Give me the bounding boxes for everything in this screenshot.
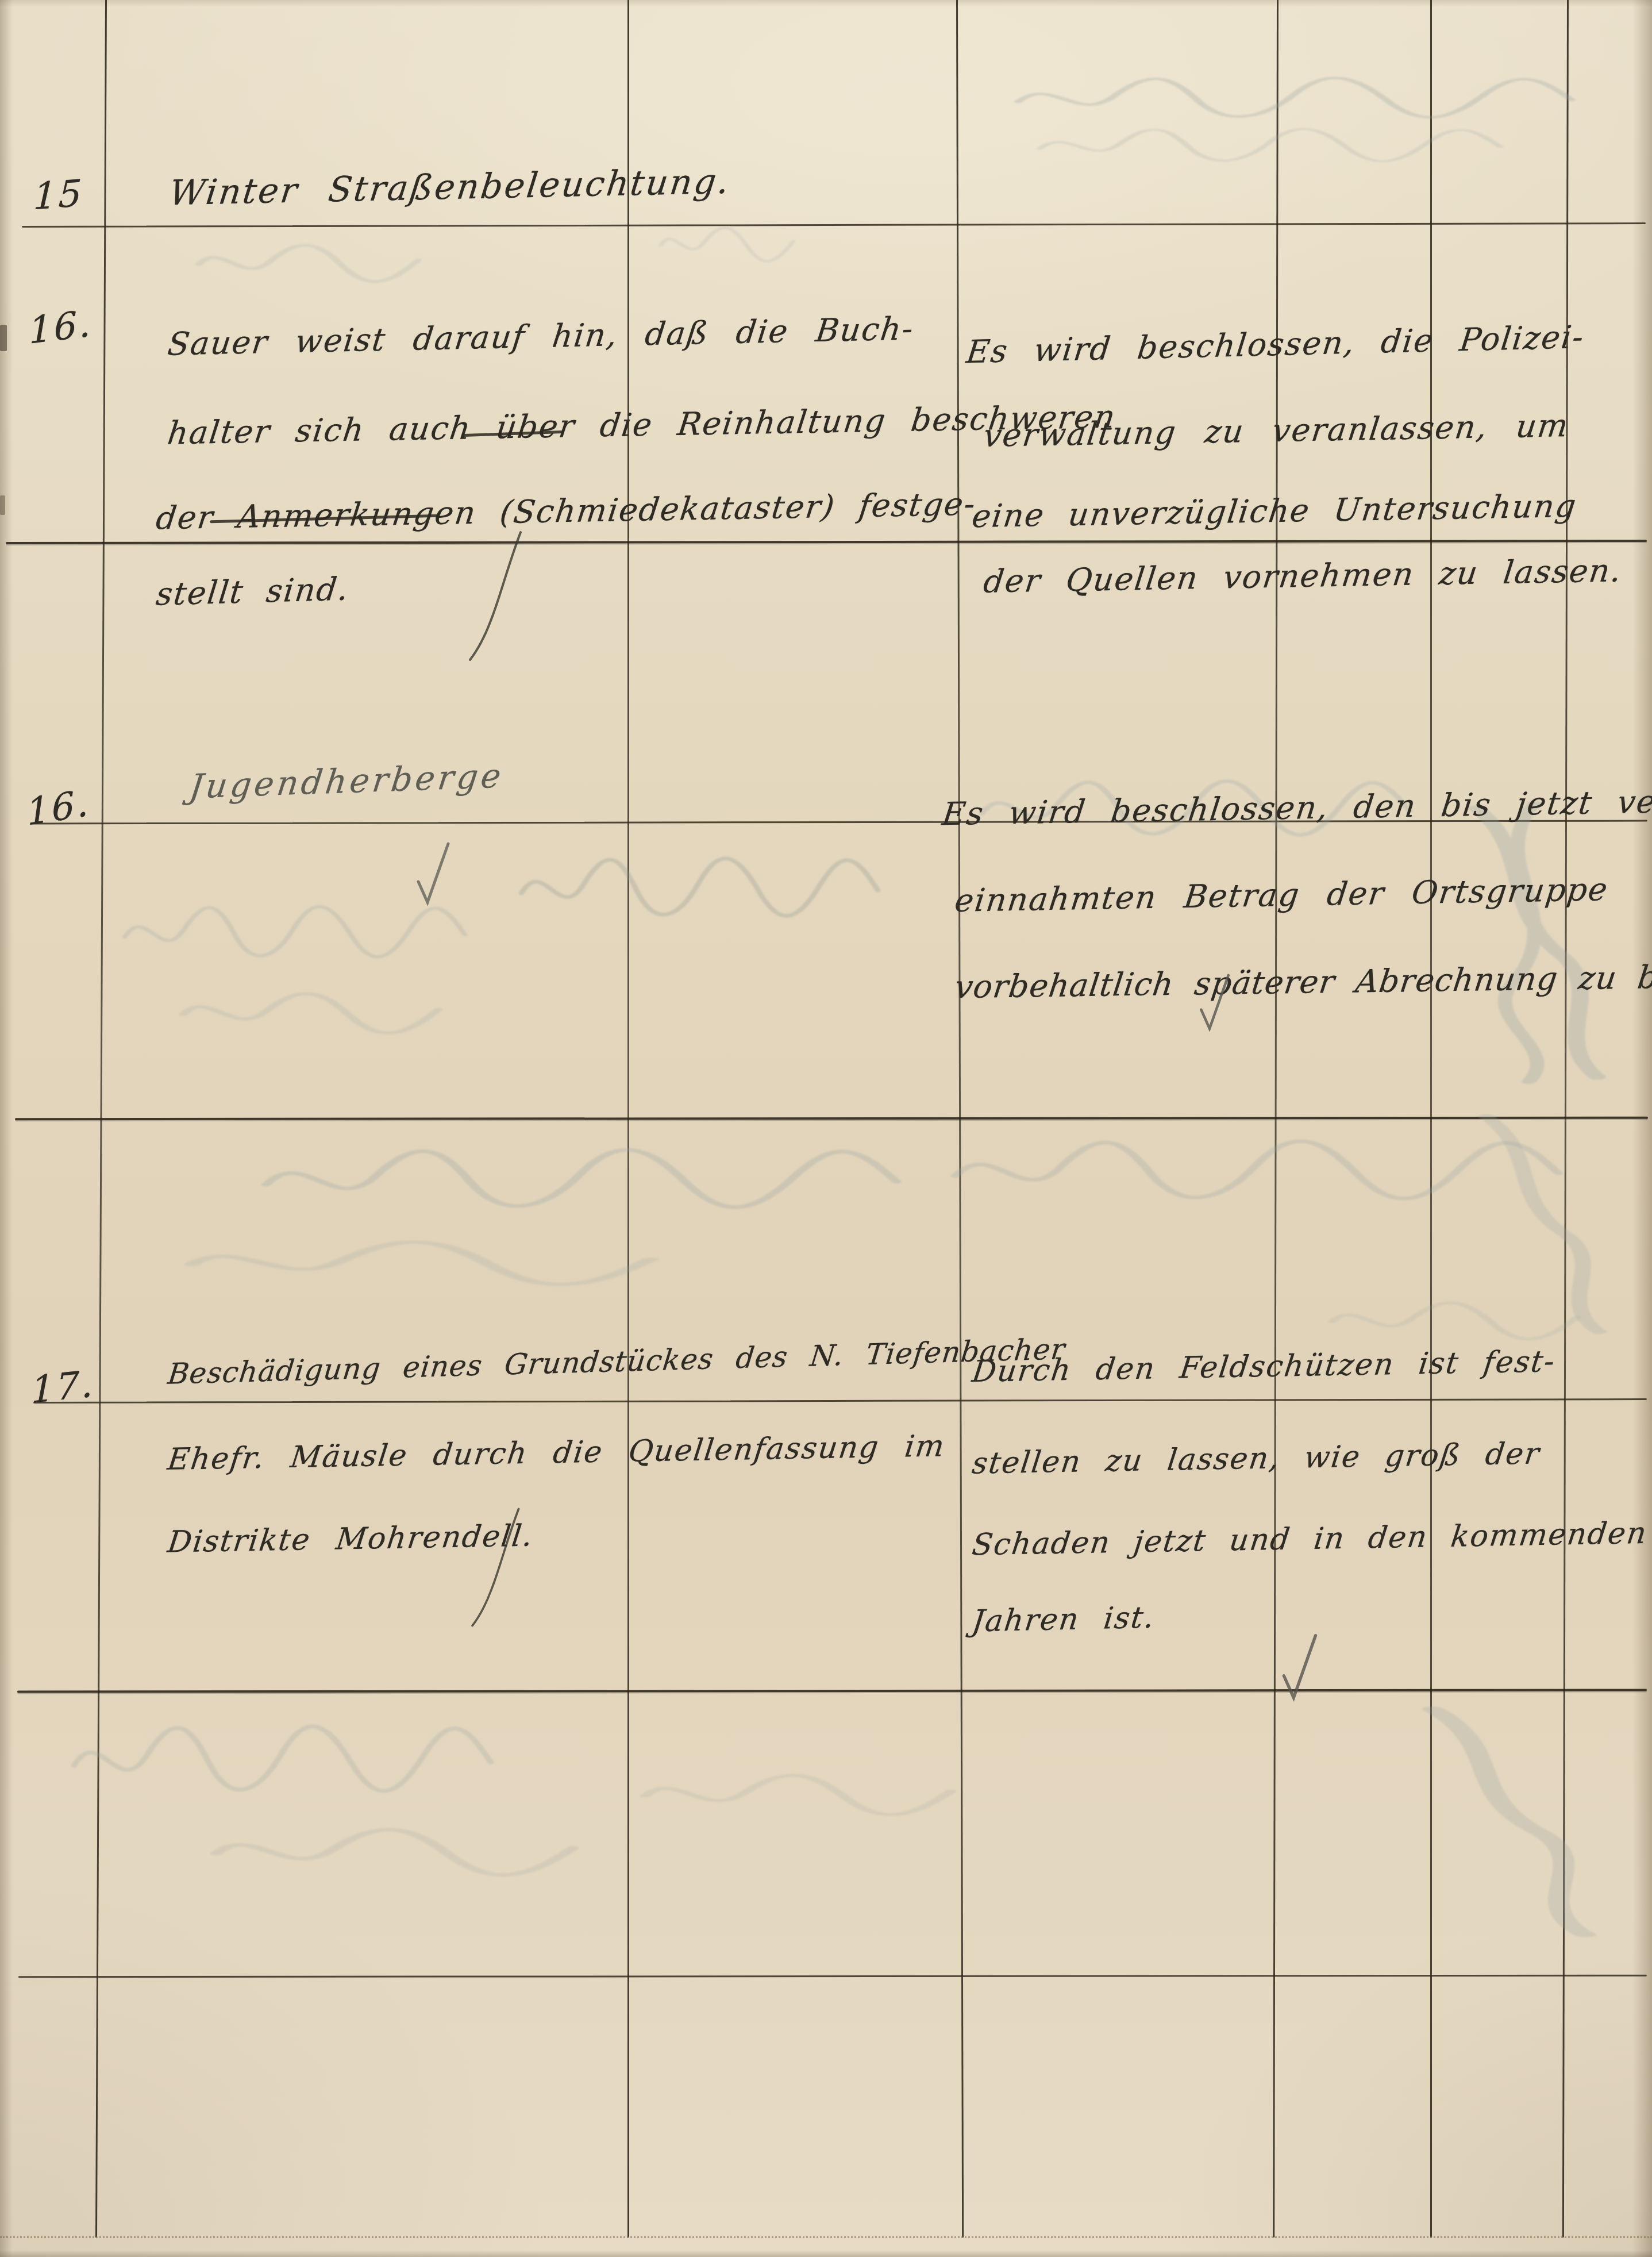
scanned-protocol-page: 15 Winter Straßenbeleuchtung. 16. Sauer … xyxy=(0,0,1652,2257)
item-number: 15 xyxy=(33,175,84,216)
decision-line: stellen zu lassen, wie groß der xyxy=(971,1439,1542,1478)
subject-line: Ehefr. Mäusle durch die Quellenfassung i… xyxy=(166,1431,947,1475)
row-rule xyxy=(22,222,1646,228)
bleed-through-mark xyxy=(259,1135,919,1227)
decision-line: eine unverzügliche Untersuchung xyxy=(971,490,1579,532)
bleed-through-mark xyxy=(201,1810,603,1897)
decision-line: der Quellen vornehmen zu lassen. xyxy=(982,555,1624,598)
page-edge-shadow-top xyxy=(0,0,1652,7)
page-edge-shadow-bottom xyxy=(0,2250,1652,2257)
bleed-through-mark xyxy=(190,230,437,299)
bleed-through-mark xyxy=(1034,121,1517,172)
row-rule xyxy=(18,1975,1647,1978)
decision-line: verwaltung zu veranlassen, um xyxy=(982,410,1571,452)
bleed-through-mark xyxy=(655,214,804,277)
subject-line: halter sich auch über die Reinhaltung be… xyxy=(166,401,1118,449)
decision-line: Es wird beschlossen, die Polizei- xyxy=(965,321,1586,368)
subject-line: stellt sind. xyxy=(155,573,351,610)
scan-artifact xyxy=(0,325,7,351)
page-edge-shadow-right xyxy=(1632,0,1652,2257)
subject-line: Sauer weist darauf hin, daß die Buch- xyxy=(166,313,916,360)
subject-line: Beschädigung eines Grundstückes des N. T… xyxy=(166,1335,1066,1389)
pen-flourish xyxy=(460,1506,534,1629)
bleed-through-mark xyxy=(517,844,891,936)
subject-line: der Anmerkungen (Schmiedekataster) festg… xyxy=(155,488,978,534)
checkmark-icon xyxy=(1280,1631,1320,1706)
row-rule xyxy=(33,1398,1647,1404)
item-number: 17. xyxy=(31,1366,94,1409)
row-rule xyxy=(15,1117,1648,1120)
row-rule xyxy=(17,1689,1647,1693)
row-rule-dotted xyxy=(0,2236,1652,2238)
bleed-through-mark xyxy=(1396,1701,1615,1943)
decision-line: Schaden jetzt und in den kommenden xyxy=(971,1518,1649,1560)
bleed-through-mark xyxy=(632,1759,977,1833)
checkmark-icon xyxy=(415,840,453,909)
bleed-through-mark xyxy=(948,1126,1580,1218)
decision-line: Durch den Feldschützen ist fest- xyxy=(971,1347,1557,1387)
checkmark-icon xyxy=(1198,971,1233,1036)
bleed-through-mark xyxy=(69,1710,506,1813)
row-rule xyxy=(6,540,1647,544)
item-number: 16. xyxy=(26,785,91,832)
bleed-through-mark xyxy=(1448,799,1620,1086)
subject-line: Winter Straßenbeleuchtung. xyxy=(168,164,733,211)
decision-line: Jahren ist. xyxy=(971,1603,1157,1637)
bleed-through-mark xyxy=(172,977,460,1052)
decision-line: vorbehaltlich späterer Abrechnung zu bel… xyxy=(953,960,1652,1003)
bleed-through-mark xyxy=(172,1224,690,1305)
pen-flourish xyxy=(465,529,529,664)
subject-line: Jugendherberge xyxy=(188,759,506,803)
scan-artifact xyxy=(0,495,5,515)
item-number: 16. xyxy=(29,305,93,350)
